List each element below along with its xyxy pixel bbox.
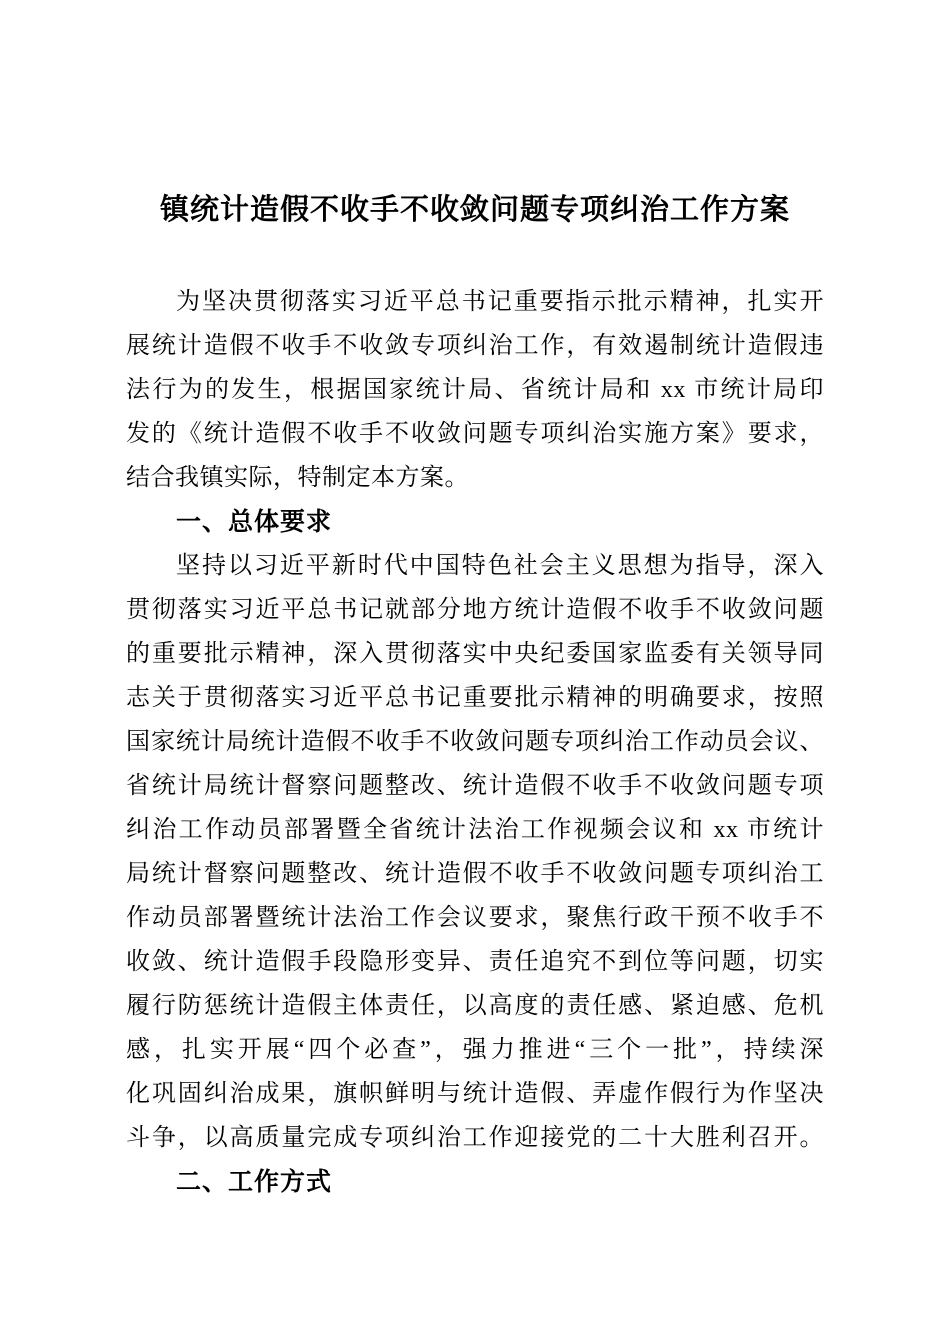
text-line: 纠治工作动员部署暨全省统计法治工作视频会议和 xx 市统计 — [126, 808, 824, 852]
document-content: 镇统计造假不收手不收敛问题专项纠治工作方案 为坚决贯彻落实习近平总书记重要指示批… — [0, 185, 950, 1204]
text-line: 感，扎实开展“四个必查”，强力推进“三个一批”，持续深 — [126, 1028, 824, 1072]
text-line: 作动员部署暨统计法治工作会议要求，聚焦行政干预不收手不 — [126, 896, 824, 940]
text-line: 发的《统计造假不收手不收敛问题专项纠治实施方案》要求， — [126, 412, 824, 456]
text-line: 结合我镇实际，特制定本方案。 — [126, 456, 824, 500]
text-line: 局统计督察问题整改、统计造假不收手不收敛问题专项纠治工 — [126, 852, 824, 896]
text-line: 贯彻落实习近平总书记就部分地方统计造假不收手不收敛问题 — [126, 588, 824, 632]
text-line: 履行防惩统计造假主体责任，以高度的责任感、紧迫感、危机 — [126, 984, 824, 1028]
text-line: 法行为的发生，根据国家统计局、省统计局和 xx 市统计局印 — [126, 368, 824, 412]
text-line: 斗争，以高质量完成专项纠治工作迎接党的二十大胜利召开。 — [126, 1116, 824, 1160]
text-line: 化巩固纠治成果，旗帜鲜明与统计造假、弄虚作假行为作坚决 — [126, 1072, 824, 1116]
paragraph-overall-requirements: 坚持以习近平新时代中国特色社会主义思想为指导，深入 贯彻落实习近平总书记就部分地… — [126, 544, 824, 1160]
text-line: 展统计造假不收手不收敛专项纠治工作，有效遏制统计造假违 — [126, 324, 824, 368]
text-line: 的重要批示精神，深入贯彻落实中央纪委国家监委有关领导同 — [126, 632, 824, 676]
text-line: 国家统计局统计造假不收手不收敛问题专项纠治工作动员会议、 — [126, 720, 824, 764]
document-title: 镇统计造假不收手不收敛问题专项纠治工作方案 — [126, 185, 824, 235]
section-heading-1: 一、总体要求 — [126, 500, 824, 544]
section-heading-2: 二、工作方式 — [126, 1160, 824, 1204]
document-page: 镇统计造假不收手不收敛问题专项纠治工作方案 为坚决贯彻落实习近平总书记重要指示批… — [0, 0, 950, 1344]
text-line: 坚持以习近平新时代中国特色社会主义思想为指导，深入 — [126, 544, 824, 588]
paragraph-intro: 为坚决贯彻落实习近平总书记重要指示批示精神，扎实开 展统计造假不收手不收敛专项纠… — [126, 280, 824, 500]
text-line: 为坚决贯彻落实习近平总书记重要指示批示精神，扎实开 — [126, 280, 824, 324]
text-line: 省统计局统计督察问题整改、统计造假不收手不收敛问题专项 — [126, 764, 824, 808]
text-line: 志关于贯彻落实习近平总书记重要批示精神的明确要求，按照 — [126, 676, 824, 720]
text-line: 收敛、统计造假手段隐形变异、责任追究不到位等问题，切实 — [126, 940, 824, 984]
